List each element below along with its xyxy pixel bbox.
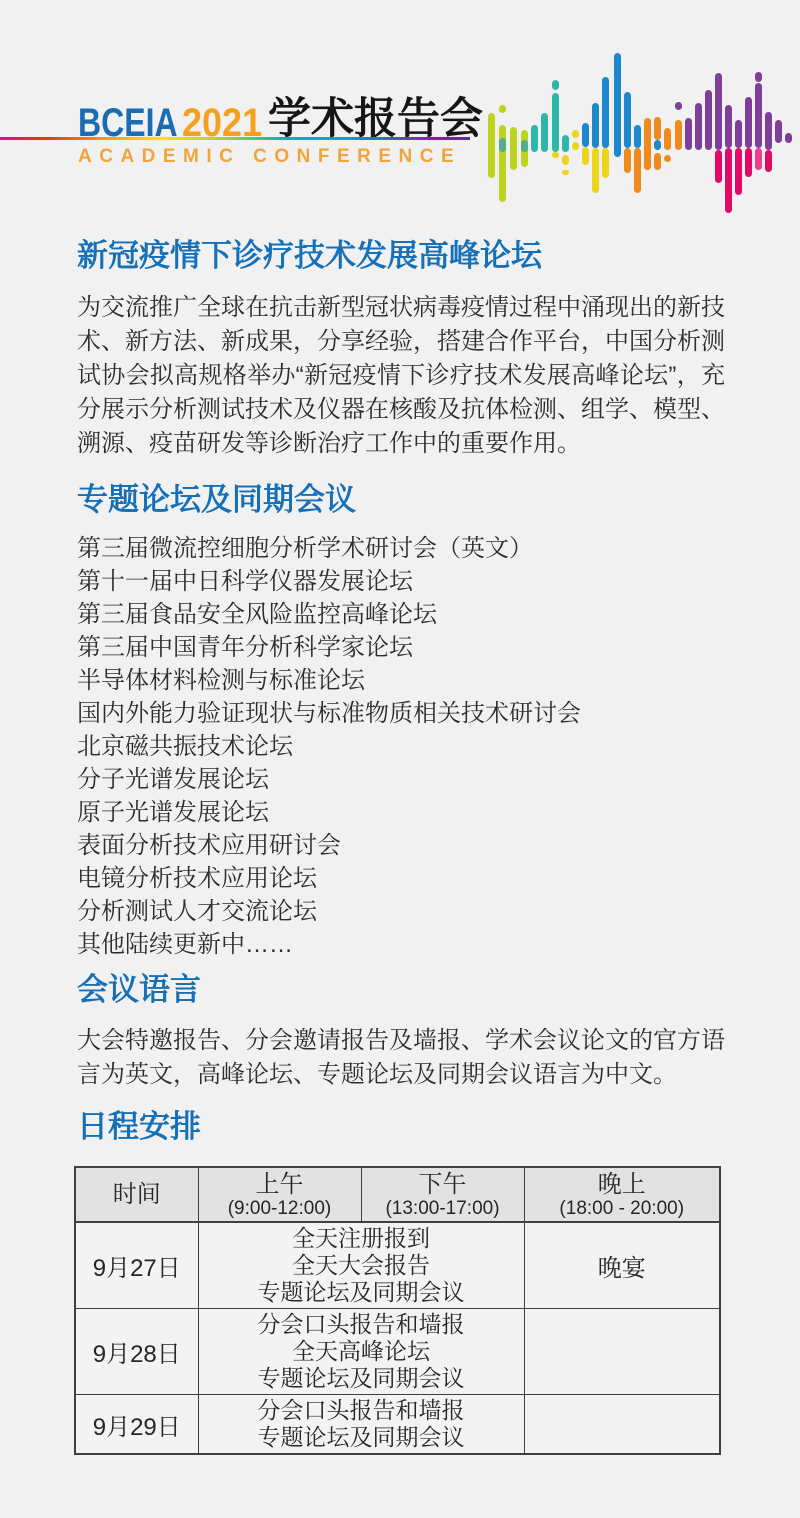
program-line: 全天大会报告 (201, 1252, 522, 1279)
equalizer-bar (562, 170, 569, 175)
topic-list-item: 第三届食品安全风险监控高峰论坛 (77, 598, 725, 631)
schedule-table-body: 9月27日全天注册报到全天大会报告专题论坛及同期会议晚宴9月28日分会口头报告和… (75, 1222, 720, 1454)
equalizer-bar (582, 147, 589, 165)
date-cell: 9月28日 (75, 1309, 198, 1395)
topic-list-item: 第三届中国青年分析科学家论坛 (77, 631, 725, 664)
equalizer-bar (685, 118, 692, 150)
program-line: 全天注册报到 (201, 1225, 522, 1252)
equalizer-bar (745, 97, 752, 148)
topic-list-item: 表面分析技术应用研讨会 (77, 829, 725, 862)
evening-cell: 晚宴 (524, 1222, 720, 1309)
topic-list-item: 其他陆续更新中…… (77, 928, 725, 961)
equalizer-bar (664, 155, 671, 162)
evening-cell (524, 1309, 720, 1395)
schedule-heading: 日程安排 (77, 1111, 725, 1143)
logo-year: 2021 (182, 103, 262, 143)
evening-cell (524, 1395, 720, 1455)
topic-list-item: 第三届微流控细胞分析学术研讨会（英文） (77, 532, 725, 565)
equalizer-bar (755, 72, 762, 82)
conference-page: BCEIA 2021 学术报告会 ACADEMIC CONFERENCE 新冠疫… (0, 0, 800, 1518)
topic-list-item: 半导体材料检测与标准论坛 (77, 664, 725, 697)
topic-list-item: 国内外能力验证现状与标准物质相关技术研讨会 (77, 697, 725, 730)
equalizer-bar (644, 118, 651, 170)
program-line: 分会口头报告和墙报 (201, 1311, 522, 1338)
topic-list-item: 第十一届中日科学仪器发展论坛 (77, 565, 725, 598)
topic-list-item: 分析测试人才交流论坛 (77, 895, 725, 928)
day-program-cell: 全天注册报到全天大会报告专题论坛及同期会议 (198, 1222, 524, 1309)
equalizer-bar (521, 140, 528, 152)
program-line: 专题论坛及同期会议 (201, 1424, 522, 1451)
equalizer-bar (695, 103, 702, 150)
equalizer-bar (499, 125, 506, 202)
equalizer-bar (675, 120, 682, 150)
equalizer-bar (765, 150, 772, 172)
equalizer-bar (725, 148, 732, 213)
equalizer-bar (755, 148, 762, 170)
equalizer-bar (735, 148, 742, 195)
equalizer-bar (715, 150, 722, 183)
equalizer-bar (541, 113, 548, 152)
equalizer-bar (654, 153, 661, 170)
content-area: 新冠疫情下诊疗技术发展高峰论坛 为交流推广全球在抗击新型冠状病毒疫情过程中涌现出… (0, 240, 800, 1455)
logo-subtitle: ACADEMIC CONFERENCE (78, 147, 461, 166)
schedule-table-header: 时间 上午 (9:00-12:00) 下午 (13:00-17:00) 晚上 (… (75, 1167, 720, 1222)
equalizer-bar (562, 155, 569, 165)
program-line: 分会口头报告和墙报 (201, 1397, 522, 1424)
equalizer-bar (582, 123, 589, 147)
equalizer-bar (510, 127, 517, 170)
header-cell-evening: 晚上 (18:00 - 20:00) (524, 1167, 720, 1222)
equalizer-bar (499, 105, 506, 113)
equalizer-bar (562, 135, 569, 152)
equalizer-bar (664, 128, 671, 150)
equalizer-graphic (480, 45, 798, 220)
logo-bceia: BCEIA (78, 103, 178, 143)
equalizer-bar (602, 77, 609, 148)
equalizer-bar (654, 117, 661, 140)
equalizer-bar (654, 140, 661, 150)
table-row: 9月27日全天注册报到全天大会报告专题论坛及同期会议晚宴 (75, 1222, 720, 1309)
schedule-table: 时间 上午 (9:00-12:00) 下午 (13:00-17:00) 晚上 (… (74, 1166, 721, 1455)
equalizer-bar (634, 125, 641, 148)
topic-list-item: 北京磁共振技术论坛 (77, 730, 725, 763)
equalizer-bar (765, 112, 772, 150)
language-heading: 会议语言 (77, 974, 725, 1006)
program-line: 专题论坛及同期会议 (201, 1365, 522, 1392)
topic-list-item: 分子光谱发展论坛 (77, 763, 725, 796)
equalizer-bar (715, 73, 722, 150)
header-cell-afternoon: 下午 (13:00-17:00) (361, 1167, 524, 1222)
topic-list-item: 电镜分析技术应用论坛 (77, 862, 725, 895)
program-line: 全天高峰论坛 (201, 1338, 522, 1365)
equalizer-bar (592, 103, 599, 148)
equalizer-bar (624, 92, 631, 148)
date-cell: 9月27日 (75, 1222, 198, 1309)
equalizer-bar (725, 105, 732, 148)
equalizer-bar (634, 148, 641, 193)
equalizer-bar (735, 120, 742, 148)
day-program-cell: 分会口头报告和墙报全天高峰论坛专题论坛及同期会议 (198, 1309, 524, 1395)
table-row: 9月29日分会口头报告和墙报专题论坛及同期会议 (75, 1395, 720, 1455)
logo-title-cn: 学术报告会 (268, 98, 483, 141)
table-row: 9月28日分会口头报告和墙报全天高峰论坛专题论坛及同期会议 (75, 1309, 720, 1395)
topics-list: 第三届微流控细胞分析学术研讨会（英文）第十一届中日科学仪器发展论坛第三届食品安全… (77, 532, 725, 961)
forum-heading: 新冠疫情下诊疗技术发展高峰论坛 (77, 240, 725, 272)
equalizer-bar (705, 90, 712, 150)
equalizer-bar (531, 125, 538, 152)
topics-heading: 专题论坛及同期会议 (77, 484, 725, 516)
equalizer-bar (488, 113, 495, 178)
equalizer-bar (602, 148, 609, 178)
language-paragraph: 大会特邀报告、分会邀请报告及墙报、学术会议论文的官方语言为英文，高峰论坛、专题论… (77, 1024, 725, 1092)
logo-header: BCEIA 2021 学术报告会 ACADEMIC CONFERENCE (0, 0, 800, 240)
header-cell-time: 时间 (75, 1167, 198, 1222)
equalizer-bar (785, 133, 792, 143)
header-cell-morning: 上午 (9:00-12:00) (198, 1167, 361, 1222)
day-program-cell: 分会口头报告和墙报专题论坛及同期会议 (198, 1395, 524, 1455)
program-line: 专题论坛及同期会议 (201, 1279, 522, 1306)
equalizer-bar (675, 102, 682, 110)
equalizer-bar (755, 83, 762, 148)
equalizer-bar (624, 148, 631, 173)
equalizer-bar (592, 148, 599, 193)
equalizer-bar (745, 148, 752, 177)
date-cell: 9月29日 (75, 1395, 198, 1455)
equalizer-bar (552, 93, 559, 152)
equalizer-bar (775, 120, 782, 143)
equalizer-bar (552, 80, 559, 90)
topic-list-item: 原子光谱发展论坛 (77, 796, 725, 829)
equalizer-bar (499, 138, 506, 152)
equalizer-bar (572, 142, 579, 150)
equalizer-bar (572, 130, 579, 138)
equalizer-bar (552, 152, 559, 158)
equalizer-bar (614, 53, 621, 157)
forum-paragraph: 为交流推广全球在抗击新型冠状病毒疫情过程中涌现出的新技术、新方法、新成果，分享经… (77, 291, 725, 461)
